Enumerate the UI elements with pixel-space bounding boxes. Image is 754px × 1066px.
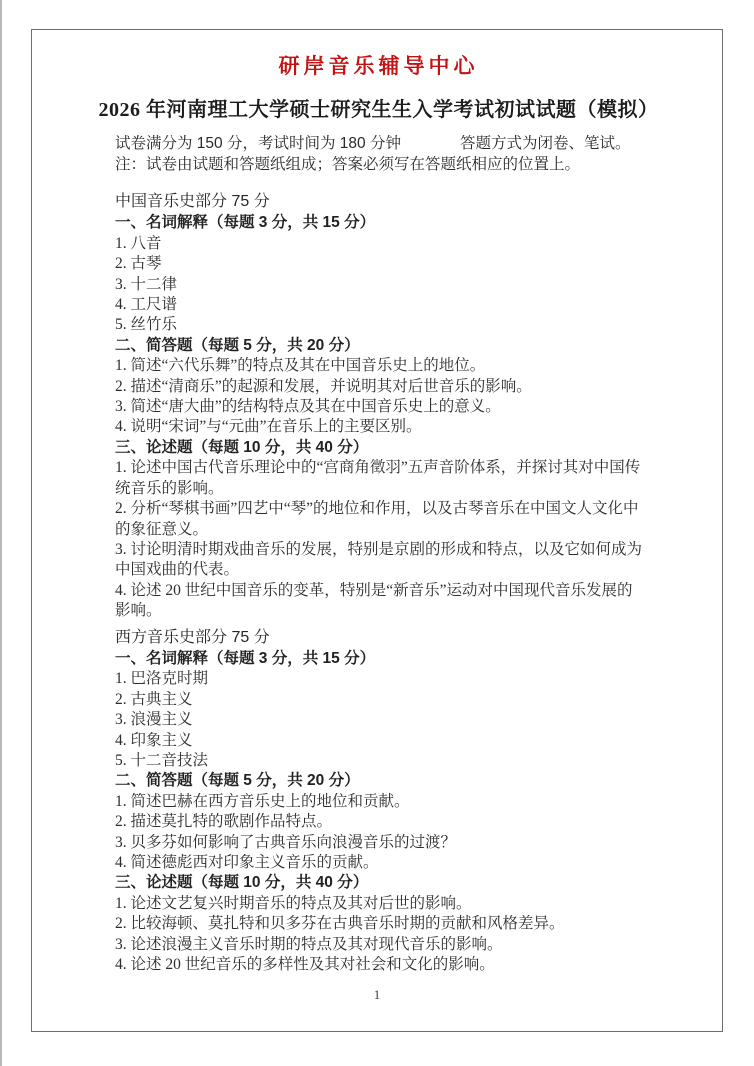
question-type-heading: 一、名词解释（每题 3 分，共 15 分） [115, 213, 642, 233]
question-item: 1. 巴洛克时期 [115, 669, 642, 689]
exam-sections: 中国音乐史部分 75 分一、名词解释（每题 3 分，共 15 分）1. 八音2.… [115, 192, 642, 975]
question-item: 2. 比较海顿、莫扎特和贝多芬在古典音乐时期的贡献和风格差异。 [115, 914, 642, 934]
exam-paper-page: { "page": { "center_name": "研岸音乐辅导中心", "… [0, 0, 754, 1066]
question-item: 1. 简述“六代乐舞”的特点及其在中国音乐史上的地位。 [115, 356, 642, 376]
question-item: 2. 分析“琴棋书画”四艺中“琴”的地位和作用，以及古琴音乐在中国文人文化中的象… [115, 499, 642, 540]
question-item: 1. 论述文艺复兴时期音乐的特点及其对后世的影响。 [115, 894, 642, 914]
question-item: 4. 工尺谱 [115, 295, 642, 315]
question-item: 3. 浪漫主义 [115, 710, 642, 730]
question-item: 5. 丝竹乐 [115, 315, 642, 335]
exam-note: 注：试卷由试题和答题纸组成；答案必须写在答题纸相应的位置上。 [115, 154, 642, 175]
question-item: 3. 论述浪漫主义音乐时期的特点及其对现代音乐的影响。 [115, 935, 642, 955]
question-item: 4. 简述德彪西对印象主义音乐的贡献。 [115, 853, 642, 873]
tutoring-center-title: 研岸音乐辅导中心 [115, 54, 642, 78]
question-item: 5. 十二音技法 [115, 751, 642, 771]
question-item: 1. 简述巴赫在西方音乐史上的地位和贡献。 [115, 792, 642, 812]
exam-info-row: 试卷满分为 150 分，考试时间为 180 分钟 答题方式为闭卷、笔试。 [115, 133, 642, 154]
question-item: 4. 说明“宋词”与“元曲”在音乐上的主要区别。 [115, 417, 642, 437]
section-heading: 西方音乐史部分 75 分 [115, 628, 642, 648]
section-heading: 中国音乐史部分 75 分 [115, 192, 642, 212]
question-item: 2. 古琴 [115, 254, 642, 274]
exam-content: 研岸音乐辅导中心 2026 年河南理工大学硕士研究生生入学考试初试试题（模拟） … [115, 54, 642, 975]
question-item: 1. 八音 [115, 234, 642, 254]
question-item: 4. 印象主义 [115, 731, 642, 751]
exam-title: 2026 年河南理工大学硕士研究生生入学考试初试试题（模拟） [93, 97, 664, 123]
question-item: 1. 论述中国古代音乐理论中的“宫商角徵羽”五声音阶体系，并探讨其对中国传统音乐… [115, 458, 642, 499]
exam-answer-mode: 答题方式为闭卷、笔试。 [460, 133, 642, 154]
page-number: 1 [31, 987, 723, 1003]
question-item: 4. 论述 20 世纪中国音乐的变革，特别是“新音乐”运动对中国现代音乐发展的影… [115, 581, 642, 622]
question-type-heading: 二、简答题（每题 5 分，共 20 分） [115, 771, 642, 791]
question-item: 3. 简述“唐大曲”的结构特点及其在中国音乐史上的意义。 [115, 397, 642, 417]
question-type-heading: 一、名词解释（每题 3 分，共 15 分） [115, 649, 642, 669]
question-item: 2. 描述莫扎特的歌剧作品特点。 [115, 812, 642, 832]
question-item: 4. 论述 20 世纪音乐的多样性及其对社会和文化的影响。 [115, 955, 642, 975]
question-type-heading: 三、论述题（每题 10 分，共 40 分） [115, 873, 642, 893]
exam-section: 中国音乐史部分 75 分一、名词解释（每题 3 分，共 15 分）1. 八音2.… [115, 192, 642, 622]
question-type-heading: 三、论述题（每题 10 分，共 40 分） [115, 438, 642, 458]
question-item: 2. 古典主义 [115, 690, 642, 710]
exam-score-duration: 试卷满分为 150 分，考试时间为 180 分钟 [115, 133, 460, 154]
question-item: 3. 贝多芬如何影响了古典音乐向浪漫音乐的过渡？ [115, 833, 642, 853]
question-item: 3. 十二律 [115, 275, 642, 295]
exam-section: 西方音乐史部分 75 分一、名词解释（每题 3 分，共 15 分）1. 巴洛克时… [115, 628, 642, 976]
question-item: 3. 讨论明清时期戏曲音乐的发展，特别是京剧的形成和特点，以及它如何成为中国戏曲… [115, 540, 642, 581]
question-type-heading: 二、简答题（每题 5 分，共 20 分） [115, 336, 642, 356]
question-item: 2. 描述“清商乐”的起源和发展，并说明其对后世音乐的影响。 [115, 377, 642, 397]
